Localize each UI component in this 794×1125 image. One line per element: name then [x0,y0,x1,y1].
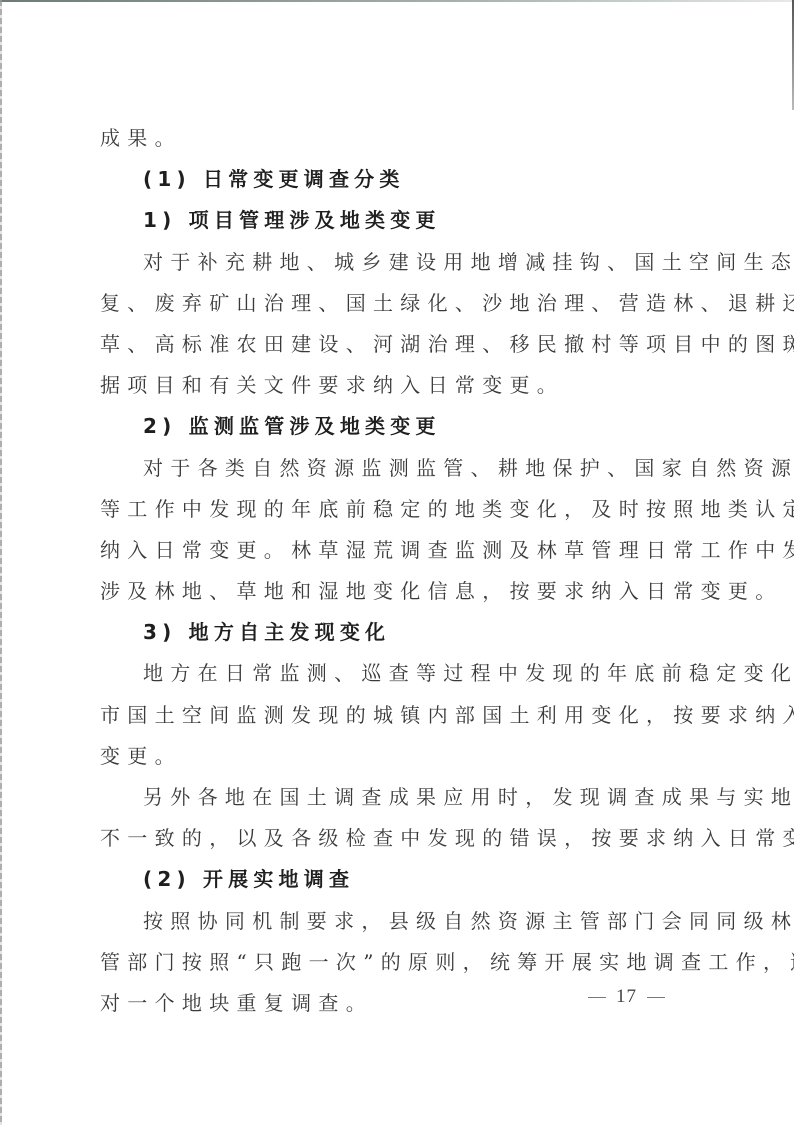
page-number-dash-left [588,997,606,998]
section-heading: (2) 开展实地调查 [100,859,700,900]
paragraph-line: 市国土空间监测发现的城镇内部国土利用变化，按要求纳入日常 [100,695,700,736]
subsection-heading: 2) 监测监管涉及地类变更 [100,406,700,447]
paragraph-line: 成果。 [100,118,700,159]
paragraph-line: 涉及林地、草地和湿地变化信息，按要求纳入日常变更。 [100,571,700,612]
paragraph-line: 对于各类自然资源监测监管、耕地保护、国家自然资源督察 [100,448,700,489]
document-page: 成果。 (1) 日常变更调查分类 1) 项目管理涉及地类变更 对于补充耕地、城乡… [100,118,700,1024]
paragraph-line: 另外各地在国土调查成果应用时，发现调查成果与实地现状 [100,777,700,818]
section-heading: (1) 日常变更调查分类 [100,159,700,200]
scan-top-edge [0,0,794,2]
paragraph-line: 纳入日常变更。林草湿荒调查监测及林草管理日常工作中发现的 [100,530,700,571]
paragraph-line: 据项目和有关文件要求纳入日常变更。 [100,365,700,406]
page-number-dash-right [647,997,665,998]
paragraph-line: 按照协同机制要求，县级自然资源主管部门会同同级林草主 [100,901,700,942]
subsection-heading: 3) 地方自主发现变化 [100,612,700,653]
paragraph-line: 不一致的，以及各级检查中发现的错误，按要求纳入日常变更。 [100,818,700,859]
paragraph-line: 复、废弃矿山治理、国土绿化、沙地治理、营造林、退耕还林还 [100,283,700,324]
paragraph-line: 草、高标准农田建设、河湖治理、移民撤村等项目中的图斑，根 [100,324,700,365]
scan-left-edge [0,0,2,1125]
subsection-heading: 1) 项目管理涉及地类变更 [100,200,700,241]
paragraph-line: 地方在日常监测、巡查等过程中发现的年底前稳定变化及城 [100,653,700,694]
page-number-value: 17 [616,986,637,1007]
paragraph-line: 等工作中发现的年底前稳定的地类变化，及时按照地类认定要求 [100,489,700,530]
paragraph-line: 变更。 [100,736,700,777]
paragraph-line: 对于补充耕地、城乡建设用地增减挂钩、国土空间生态修 [100,242,700,283]
paragraph-line: 管部门按照“只跑一次”的原则，统筹开展实地调查工作，避免 [100,942,700,983]
page-number: 17 [578,986,675,1008]
